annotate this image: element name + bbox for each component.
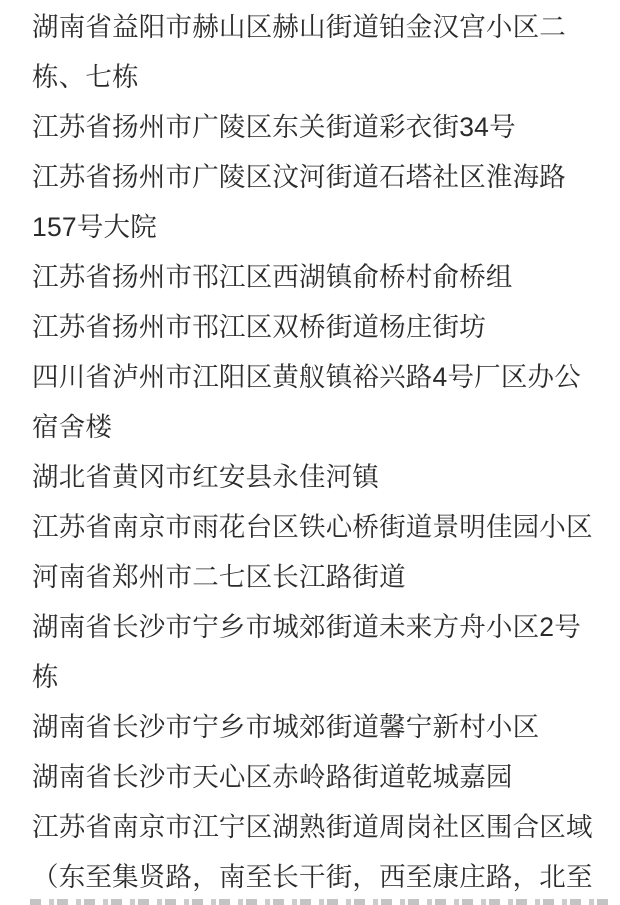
address-item: 湖南省长沙市天心区赤岭路街道乾城嘉园 <box>32 752 602 802</box>
address-line: 栋、七栋 <box>32 52 602 102</box>
address-line: 湖北省黄冈市红安县永佳河镇 <box>32 452 602 502</box>
address-line: 江苏省南京市雨花台区铁心桥街道景明佳园小区 <box>32 502 602 552</box>
address-line: 江苏省扬州市广陵区东关街道彩衣街34号 <box>32 102 602 152</box>
address-line: 江苏省扬州市广陵区汶河街道石塔社区淮海路 <box>32 152 602 202</box>
address-line: 四川省泸州市江阳区黄舣镇裕兴路4号厂区办公 <box>32 352 602 402</box>
address-item: 湖北省黄冈市红安县永佳河镇 <box>32 452 602 502</box>
address-line: 河南省郑州市二七区长江路街道 <box>32 552 602 602</box>
address-item: 湖南省长沙市宁乡市城郊街道未来方舟小区2号栋 <box>32 602 602 702</box>
address-item: 湖南省益阳市赫山区赫山街道铂金汉宫小区二栋、七栋 <box>32 2 602 102</box>
address-line: 宿舍楼 <box>32 402 602 452</box>
address-line: （东至集贤路，南至长干街，西至康庄路，北至 <box>32 852 602 902</box>
address-item: 江苏省扬州市邗江区双桥街道杨庄街坊 <box>32 302 602 352</box>
address-item: 江苏省南京市江宁区湖熟街道周岗社区围合区域（东至集贤路，南至长干街，西至康庄路，… <box>32 802 602 902</box>
address-item: 河南省郑州市二七区长江路街道 <box>32 552 602 602</box>
address-line: 江苏省南京市江宁区湖熟街道周岗社区围合区域 <box>32 802 602 852</box>
address-page: 湖南省益阳市赫山区赫山街道铂金汉宫小区二栋、七栋江苏省扬州市广陵区东关街道彩衣街… <box>0 0 620 905</box>
address-line: 江苏省扬州市邗江区西湖镇俞桥村俞桥组 <box>32 252 602 302</box>
address-item: 四川省泸州市江阳区黄舣镇裕兴路4号厂区办公宿舍楼 <box>32 352 602 452</box>
address-line: 江苏省扬州市邗江区双桥街道杨庄街坊 <box>32 302 602 352</box>
address-line: 栋 <box>32 652 602 702</box>
address-item: 江苏省扬州市广陵区汶河街道石塔社区淮海路157号大院 <box>32 152 602 252</box>
clipped-text-line-fragment <box>30 899 608 905</box>
address-list: 湖南省益阳市赫山区赫山街道铂金汉宫小区二栋、七栋江苏省扬州市广陵区东关街道彩衣街… <box>0 0 620 902</box>
address-item: 江苏省扬州市广陵区东关街道彩衣街34号 <box>32 102 602 152</box>
address-line: 湖南省长沙市天心区赤岭路街道乾城嘉园 <box>32 752 602 802</box>
address-item: 江苏省南京市雨花台区铁心桥街道景明佳园小区 <box>32 502 602 552</box>
address-item: 江苏省扬州市邗江区西湖镇俞桥村俞桥组 <box>32 252 602 302</box>
address-line: 湖南省长沙市宁乡市城郊街道未来方舟小区2号 <box>32 602 602 652</box>
address-item: 湖南省长沙市宁乡市城郊街道馨宁新村小区 <box>32 702 602 752</box>
address-line: 湖南省长沙市宁乡市城郊街道馨宁新村小区 <box>32 702 602 752</box>
address-line: 湖南省益阳市赫山区赫山街道铂金汉宫小区二 <box>32 2 602 52</box>
address-line: 157号大院 <box>32 202 602 252</box>
